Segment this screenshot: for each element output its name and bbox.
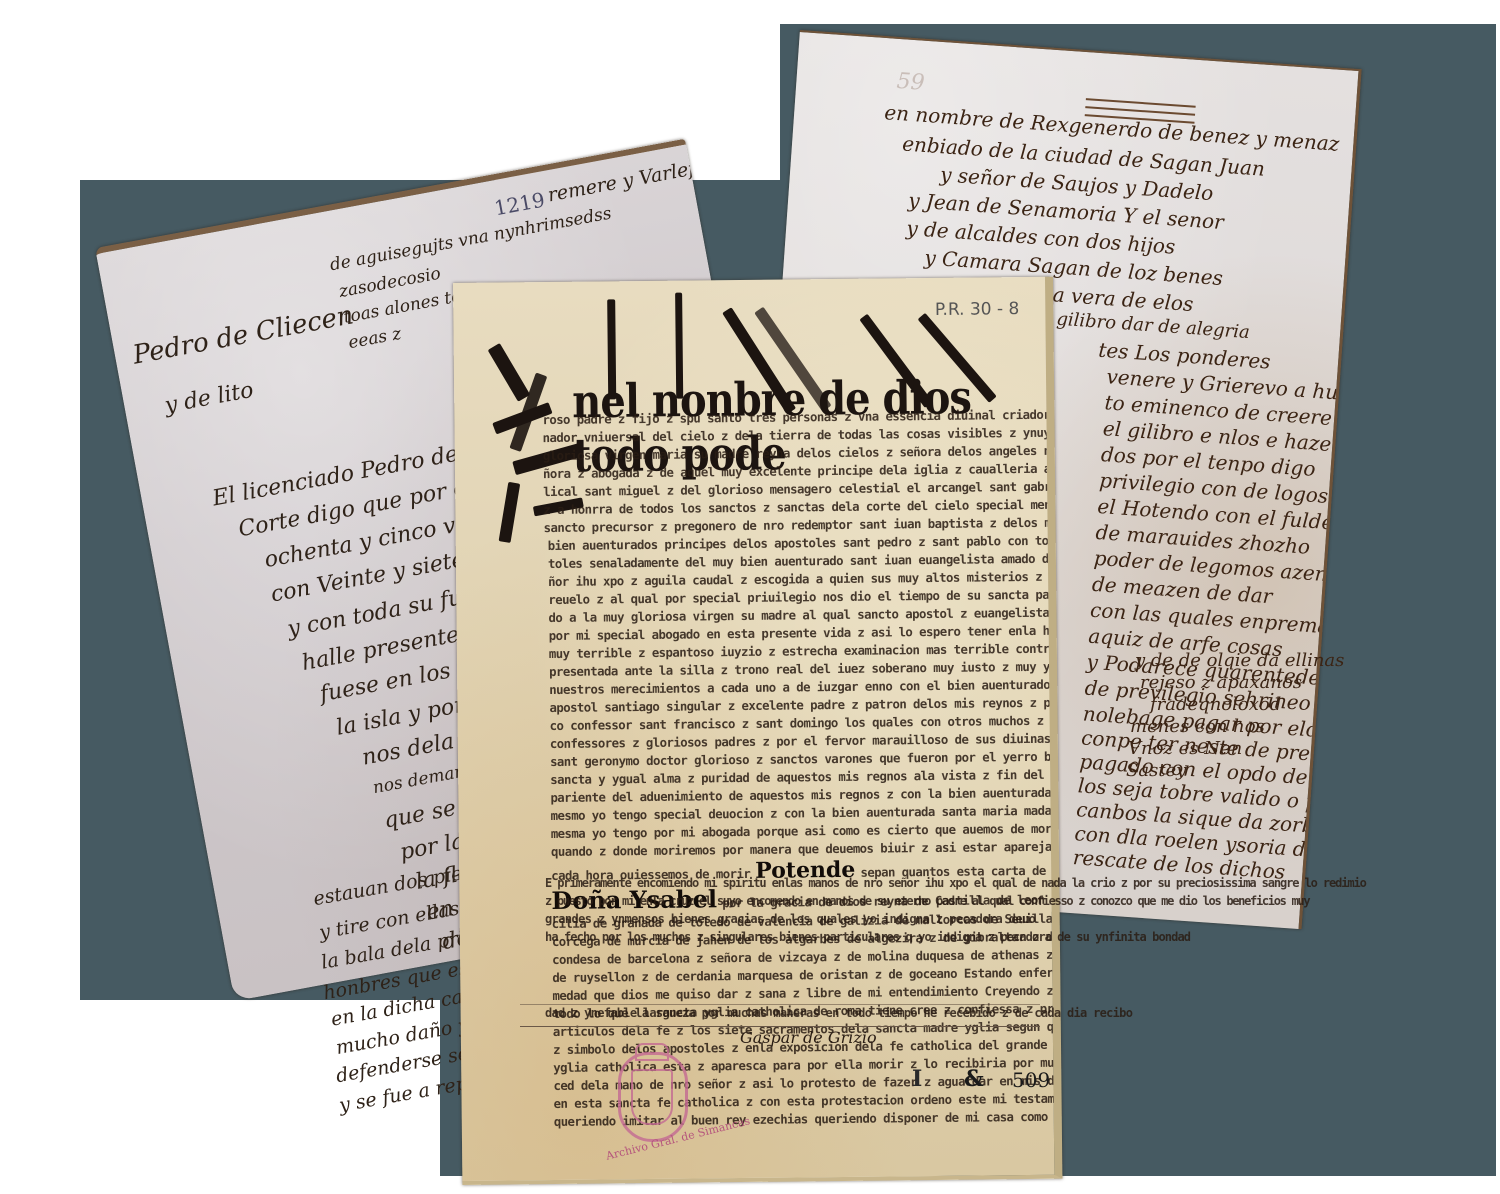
top-note: remere y Varlefe xyxy=(546,155,708,206)
text-line: Vnoz es Nen xyxy=(1128,738,1242,759)
text-line: medad que dios me quiso dar z sana z lib… xyxy=(552,981,1062,1003)
margin-heading: y de lito xyxy=(163,378,256,419)
text-line: sant geronymo doctor glorioso z sanctos … xyxy=(550,747,1062,769)
shelfmark-ampersand: & xyxy=(964,1066,984,1092)
margin-heading: Pedro de Cliecen xyxy=(131,300,356,370)
text-line: Sastey xyxy=(1126,760,1186,781)
text-line: co confessor sant francisco z sant domin… xyxy=(550,712,1063,733)
text-line: rejeso z apaxanos xyxy=(1140,672,1302,693)
reference-note: P.R. 30 - 8 xyxy=(935,299,1020,320)
text-line: do a la muy gloriosa virgen su madre al … xyxy=(548,604,1062,625)
text-line: z a honrra de todos los sanctos z sancta… xyxy=(543,496,1062,517)
shelfmark-symbol: I xyxy=(912,1066,922,1092)
text-line: apostol santiago singular z excelente pa… xyxy=(549,693,1062,715)
decorative-strokes xyxy=(1086,98,1196,108)
divider-rule xyxy=(520,1004,1040,1005)
text-line: mesma yo tengo por mi abogada porque asi… xyxy=(551,819,1063,841)
text-line: z puesto por mi enla cruz el suyo encome… xyxy=(545,894,1309,908)
text-line: E primeramente encomiendo mi spiritu enl… xyxy=(545,876,1366,890)
text-line: grandes z ynmensos bienes gracias de los… xyxy=(545,912,1035,926)
text-line: toles senaladamente del muy bien auentur… xyxy=(548,550,1063,571)
text-line: reuelo z al qual por special priuilegio … xyxy=(548,586,1062,607)
charter-middle: P.R. 30 - 8 nel nonbre de dios todo pode… xyxy=(453,277,1062,1185)
text-line: dad z ynefable largueza por muchas maner… xyxy=(545,1006,1132,1020)
archive-stamp-icon xyxy=(618,1052,688,1142)
top-note: de aguisegujts vna nynhrimsedss xyxy=(328,204,613,276)
text-line: presentada ante la silla z trono real de… xyxy=(549,658,1062,679)
text-line: bien auenturados principes delos apostol… xyxy=(548,531,1063,553)
text-line: ñor ihu xpo z aguila caudal z escogida a… xyxy=(548,567,1062,589)
divider-rule xyxy=(520,1026,1040,1027)
text-line: menes con hos xyxy=(1130,716,1265,737)
text-line: ha fecho por los muchos z singulares bie… xyxy=(545,930,1190,944)
text-line: y de de olqie da ellinas xyxy=(1135,650,1344,671)
text-line: de ruysellon z de cerdania marquesa de o… xyxy=(552,963,1062,985)
shelfmark-number: 509 xyxy=(1012,1068,1050,1092)
text-line: fradeqnoloxod xyxy=(1150,694,1281,715)
folio-number: 59 xyxy=(896,69,926,96)
text-line: sancto precursor z pregonero de nro rede… xyxy=(543,515,1062,535)
signature: Gaspar de Grizio xyxy=(740,1028,877,1047)
text-line: nuestros merecimientos a cada uno a de i… xyxy=(549,675,1062,697)
folio-number: 1219 xyxy=(492,187,546,220)
text-line: condesa de barcelona z señora de vizcaya… xyxy=(552,945,1062,967)
text-line: por mi special abogado en esta presente … xyxy=(549,621,1063,643)
text-line: mesmo yo tengo special deuocion z con la… xyxy=(551,802,1063,823)
